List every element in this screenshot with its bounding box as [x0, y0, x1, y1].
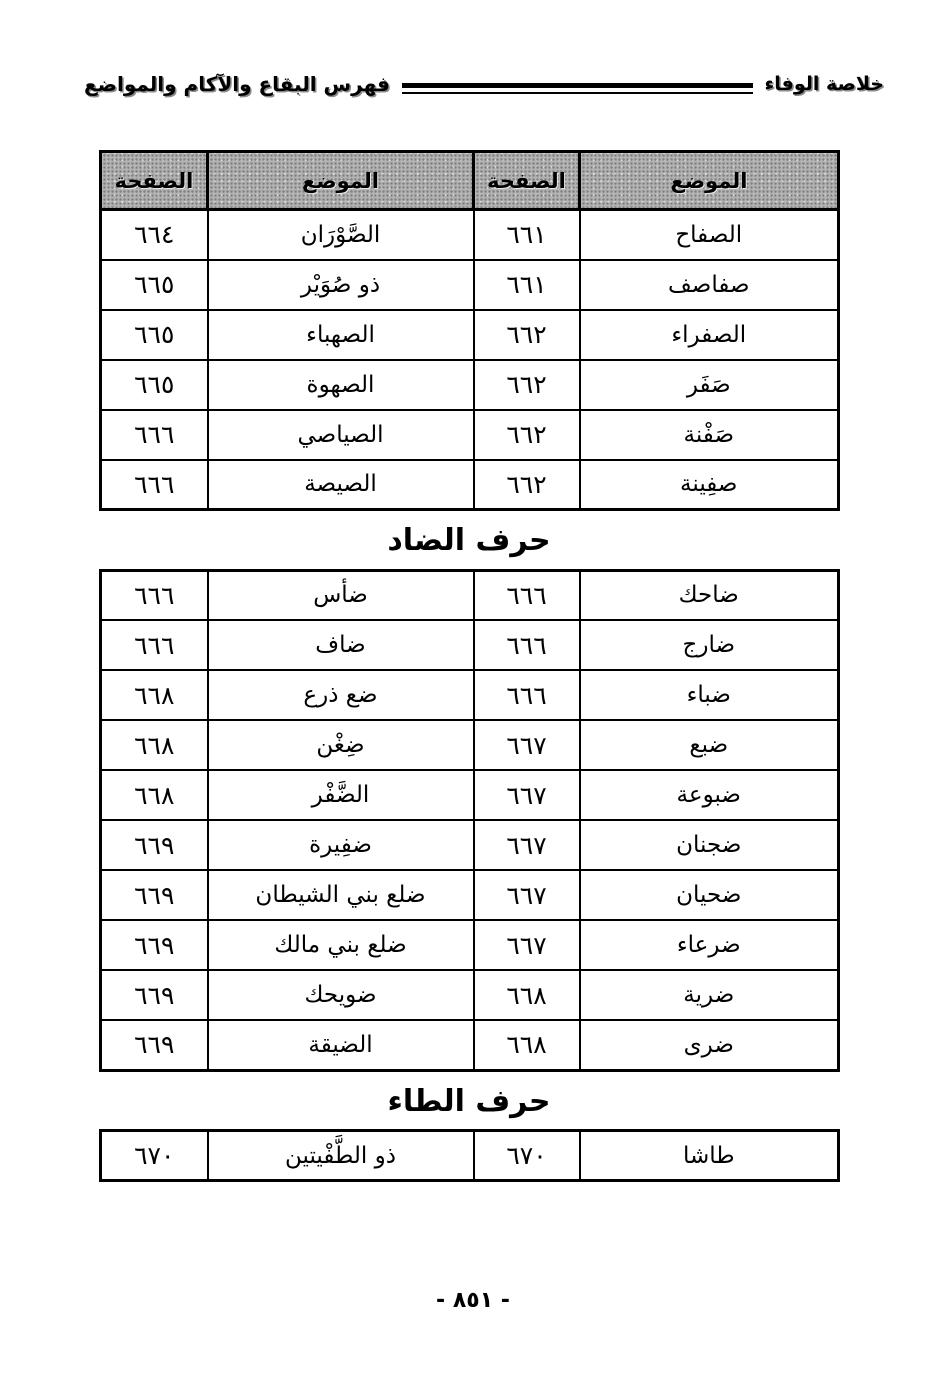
page-cell: ٦٦٧ — [474, 920, 580, 970]
page-cell: ٦٦٢ — [474, 360, 580, 410]
page-cell: ٦٦٦ — [101, 570, 208, 620]
table-row: ضباء٦٦٦ضع ذرع٦٦٨ — [101, 670, 839, 720]
page-cell: ٦٦٩ — [101, 870, 208, 920]
table-row: ضاحك٦٦٦ضأس٦٦٦ — [101, 570, 839, 620]
page-cell: ٦٦٨ — [101, 670, 208, 720]
place-cell: ضع ذرع — [208, 670, 474, 720]
page-cell: ٦٦٦ — [474, 620, 580, 670]
page-cell: ٦٦٩ — [101, 820, 208, 870]
index-table: طاشا٦٧٠ذو الطَّفْيتين٦٧٠ — [99, 1129, 840, 1182]
place-cell: ضاحك — [580, 570, 839, 620]
table-row: الصفاح٦٦١الصَّوْرَان٦٦٤ — [101, 210, 839, 260]
place-cell: الصَّوْرَان — [208, 210, 474, 260]
page-cell: ٦٦٦ — [474, 570, 580, 620]
page-cell: ٦٦٧ — [474, 720, 580, 770]
page-cell: ٦٦٤ — [101, 210, 208, 260]
page-cell: ٦٦٧ — [474, 820, 580, 870]
table-row: صَفَر٦٦٢الصهوة٦٦٥ — [101, 360, 839, 410]
page-number: - ٨٥١ - — [0, 1288, 946, 1313]
table-row: الصفراء٦٦٢الصهباء٦٦٥ — [101, 310, 839, 360]
table-row: صفاصف٦٦١ذو صُوَيْر٦٦٥ — [101, 260, 839, 310]
table-row: ضرية٦٦٨ضويحك٦٦٩ — [101, 970, 839, 1020]
running-header: خلاصة الوفاء فهرس البقاع والآكام والمواض… — [84, 72, 884, 96]
table-row: ضحيان٦٦٧ضلع بني الشيطان٦٦٩ — [101, 870, 839, 920]
place-cell: ضبوعة — [580, 770, 839, 820]
index-title: فهرس البقاع والآكام والمواضع — [84, 72, 390, 96]
page-cell: ٦٦٧ — [474, 770, 580, 820]
place-cell: الصيصة — [208, 460, 474, 510]
table-row: ضجنان٦٦٧ضفِيرة٦٦٩ — [101, 820, 839, 870]
table-row: ضبوعة٦٦٧الضَّفْر٦٦٨ — [101, 770, 839, 820]
place-cell: طاشا — [580, 1131, 839, 1181]
page-cell: ٦٦٩ — [101, 970, 208, 1020]
page-cell: ٦٦٨ — [474, 1020, 580, 1070]
place-cell: ضبع — [580, 720, 839, 770]
place-cell: ضِغْن — [208, 720, 474, 770]
page-cell: ٦٦٥ — [101, 260, 208, 310]
page-cell: ٦٦٩ — [101, 1020, 208, 1070]
column-header-page: الصفحة — [101, 152, 208, 210]
place-cell: الصفراء — [580, 310, 839, 360]
place-cell: الصهباء — [208, 310, 474, 360]
place-cell: ضرية — [580, 970, 839, 1020]
page-cell: ٦٦٥ — [101, 360, 208, 410]
place-cell: ضأس — [208, 570, 474, 620]
place-cell: ضارج — [580, 620, 839, 670]
table-row: ضرعاء٦٦٧ضلع بني مالك٦٦٩ — [101, 920, 839, 970]
page-cell: ٦٦٢ — [474, 460, 580, 510]
page-cell: ٦٦٦ — [101, 620, 208, 670]
page-cell: ٦٦٨ — [101, 770, 208, 820]
place-cell: ضباء — [580, 670, 839, 720]
table-row: صَفْنة٦٦٢الصياصي٦٦٦ — [101, 410, 839, 460]
index-sections: الموضعالصفحةالموضعالصفحةالصفاح٦٦١الصَّوْ… — [98, 150, 840, 1182]
table-row: ضبع٦٦٧ضِغْن٦٦٨ — [101, 720, 839, 770]
place-cell: صفاصف — [580, 260, 839, 310]
page-cell: ٦٧٠ — [474, 1131, 580, 1181]
page-cell: ٦٦١ — [474, 210, 580, 260]
table-row: صفِينة٦٦٢الصيصة٦٦٦ — [101, 460, 839, 510]
book-title: خلاصة الوفاء — [765, 73, 884, 95]
place-cell: ضفِيرة — [208, 820, 474, 870]
place-cell: ذو الطَّفْيتين — [208, 1131, 474, 1181]
place-cell: ضجنان — [580, 820, 839, 870]
table-header-row: الموضعالصفحةالموضعالصفحة — [101, 152, 839, 210]
page-cell: ٦٦٩ — [101, 920, 208, 970]
place-cell: ضلع بني الشيطان — [208, 870, 474, 920]
letter-heading: حرف الطاء — [98, 1080, 840, 1124]
header-rule-divider — [402, 83, 753, 94]
place-cell: الصفاح — [580, 210, 839, 260]
page-cell: ٦٦٦ — [101, 460, 208, 510]
table-row: ضرى٦٦٨الضيقة٦٦٩ — [101, 1020, 839, 1070]
column-header-place: الموضع — [580, 152, 839, 210]
place-cell: ضلع بني مالك — [208, 920, 474, 970]
column-header-page: الصفحة — [474, 152, 580, 210]
page-cell: ٦٦٢ — [474, 410, 580, 460]
page-cell: ٦٧٠ — [101, 1131, 208, 1181]
page-cell: ٦٦٨ — [101, 720, 208, 770]
place-cell: صفِينة — [580, 460, 839, 510]
place-cell: الصهوة — [208, 360, 474, 410]
place-cell: ضاف — [208, 620, 474, 670]
place-cell: الضيقة — [208, 1020, 474, 1070]
place-cell: ضويحك — [208, 970, 474, 1020]
index-table: ضاحك٦٦٦ضأس٦٦٦ضارج٦٦٦ضاف٦٦٦ضباء٦٦٦ضع ذرع٦… — [99, 569, 840, 1072]
letter-heading: حرف الضاد — [98, 519, 840, 563]
page-cell: ٦٦٨ — [474, 970, 580, 1020]
place-cell: الضَّفْر — [208, 770, 474, 820]
table-row: طاشا٦٧٠ذو الطَّفْيتين٦٧٠ — [101, 1131, 839, 1181]
place-cell: ضحيان — [580, 870, 839, 920]
place-cell: صَفْنة — [580, 410, 839, 460]
place-cell: الصياصي — [208, 410, 474, 460]
page-cell: ٦٦١ — [474, 260, 580, 310]
place-cell: ذو صُوَيْر — [208, 260, 474, 310]
table-row: ضارج٦٦٦ضاف٦٦٦ — [101, 620, 839, 670]
page-cell: ٦٦٧ — [474, 870, 580, 920]
place-cell: صَفَر — [580, 360, 839, 410]
page-cell: ٦٦٢ — [474, 310, 580, 360]
place-cell: ضرى — [580, 1020, 839, 1070]
index-table: الموضعالصفحةالموضعالصفحةالصفاح٦٦١الصَّوْ… — [99, 150, 840, 511]
place-cell: ضرعاء — [580, 920, 839, 970]
page-cell: ٦٦٦ — [101, 410, 208, 460]
page-cell: ٦٦٦ — [474, 670, 580, 720]
column-header-place: الموضع — [208, 152, 474, 210]
page-cell: ٦٦٥ — [101, 310, 208, 360]
